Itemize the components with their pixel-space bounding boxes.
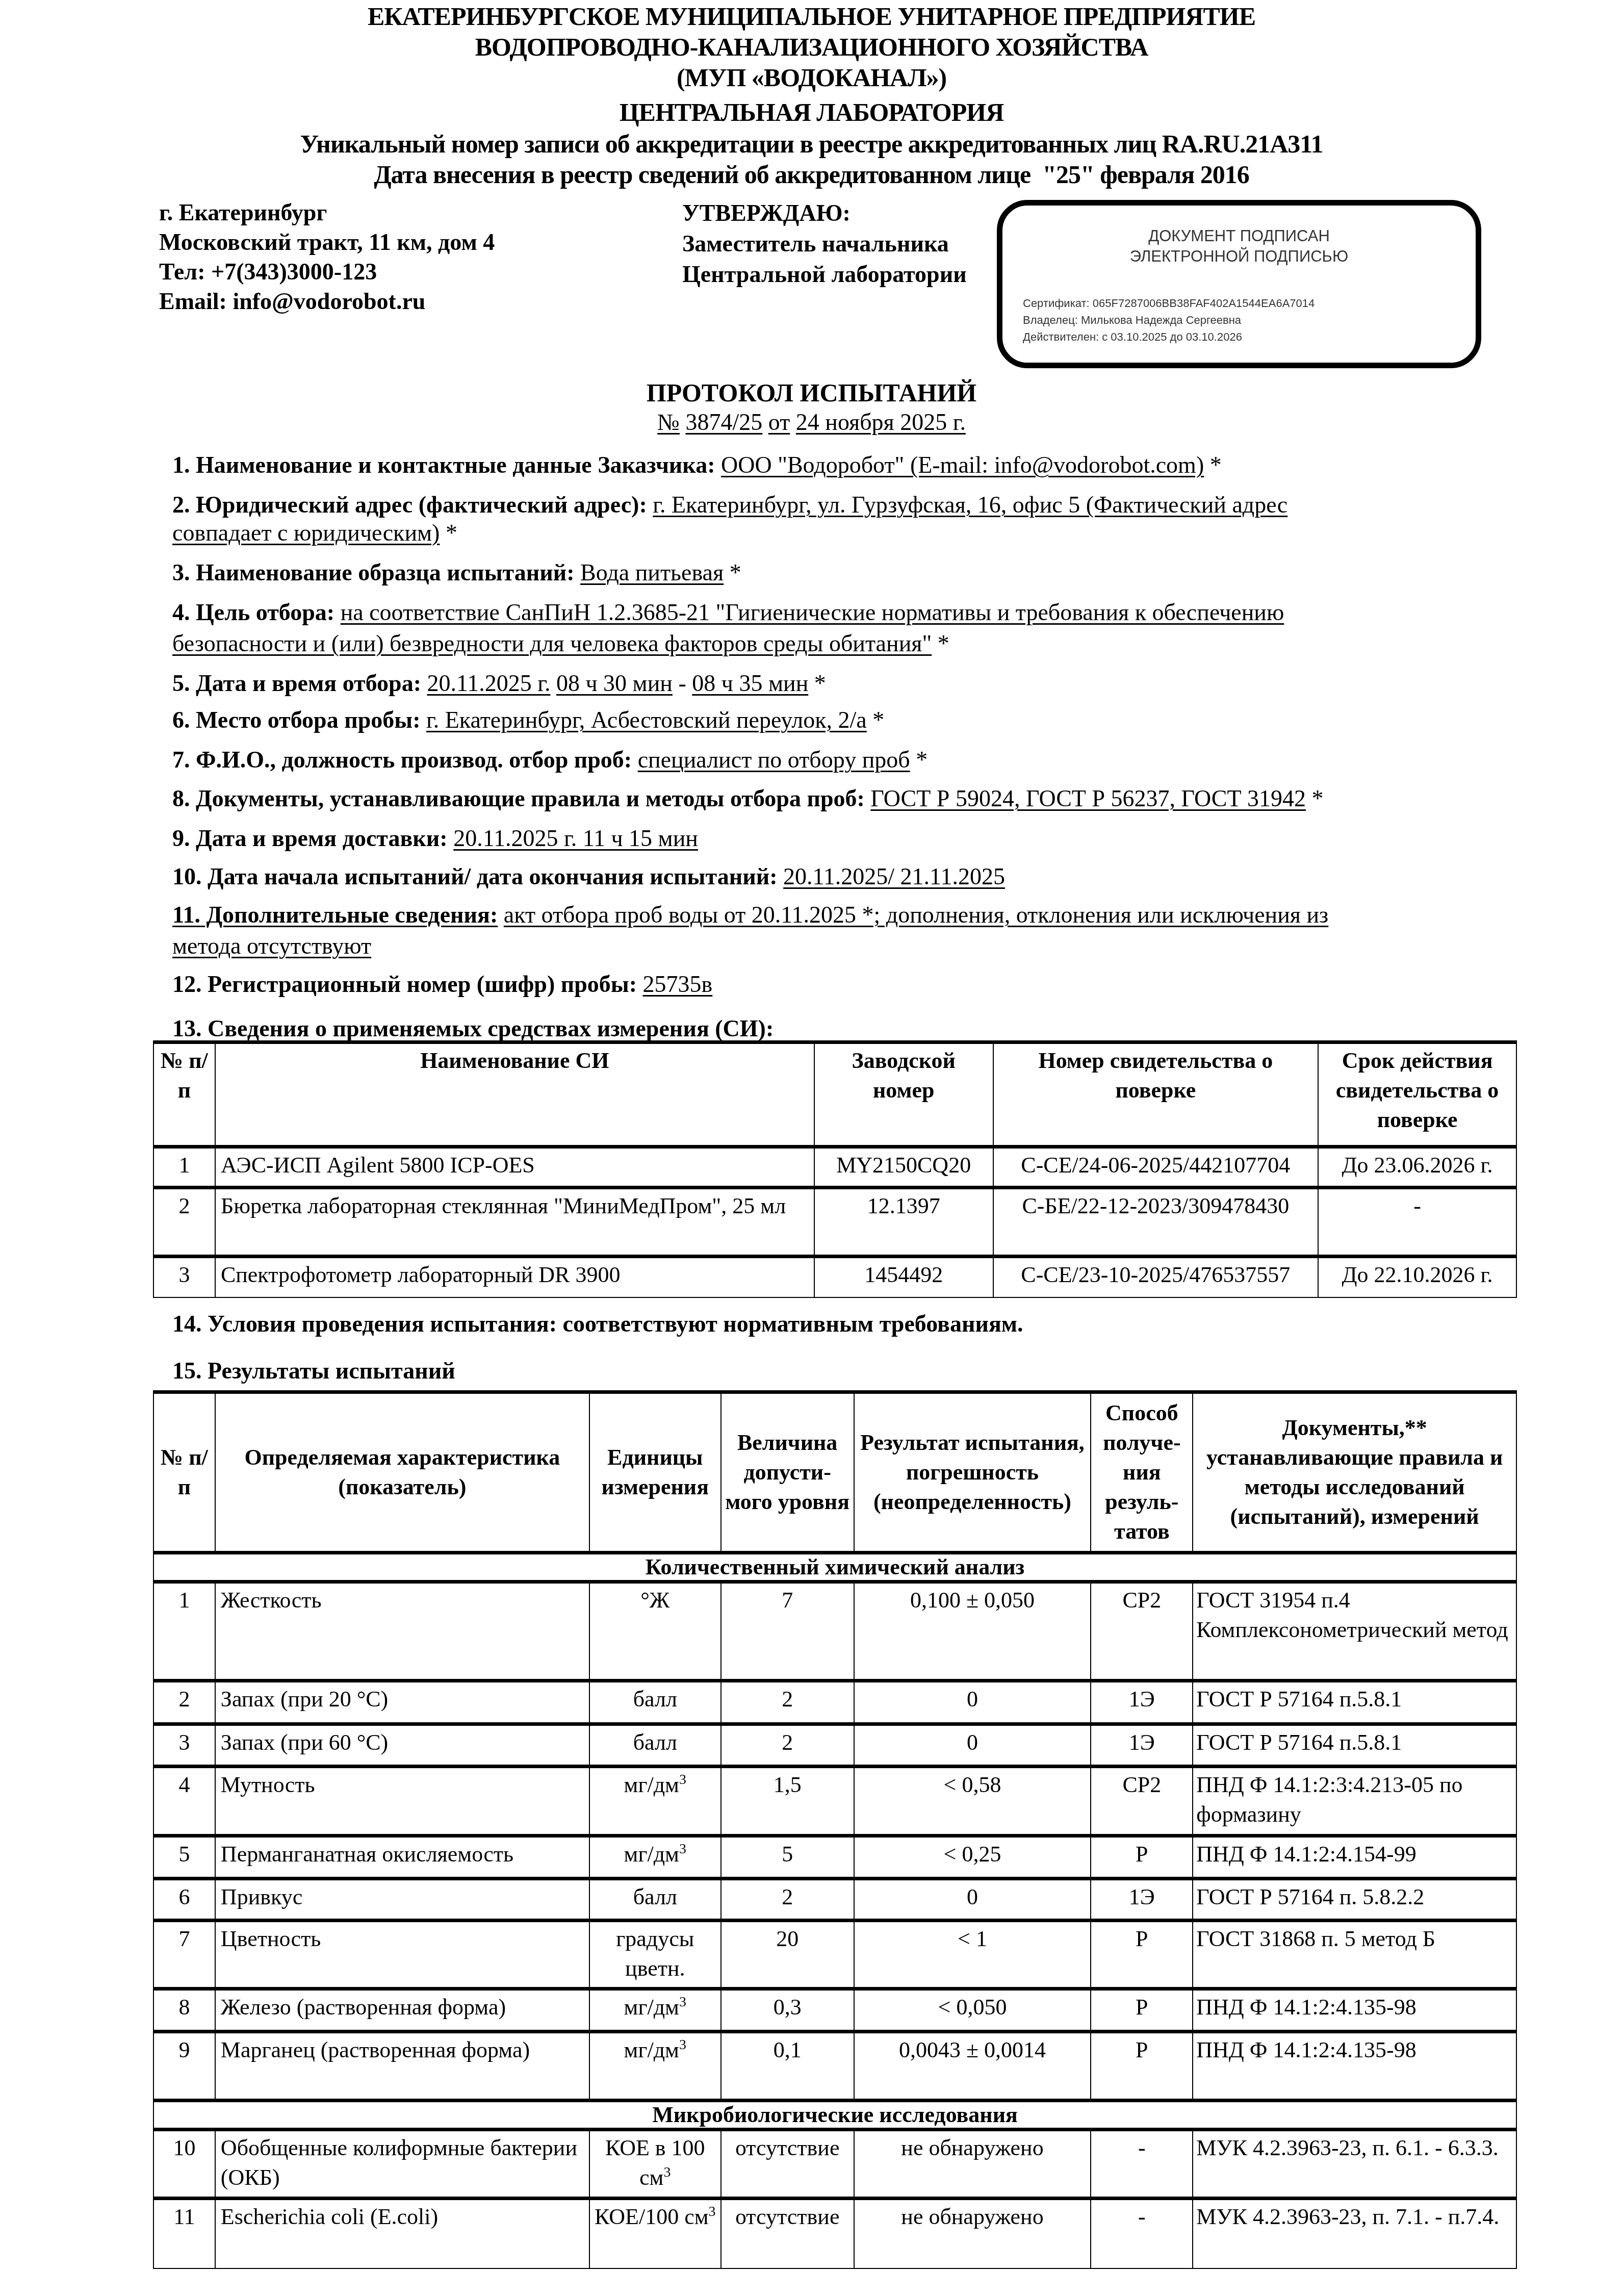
method-document: ПНД Ф 14.1:2:4.154-99 — [1193, 1836, 1516, 1879]
item-sampler: 7. Ф.И.О., должность производ. отбор про… — [172, 746, 1488, 774]
unit-text: КОЕ в 100 см — [605, 2135, 705, 2190]
characteristic: Цветность — [215, 1921, 589, 1989]
col-number: № п/п — [153, 1042, 215, 1147]
row-number: 11 — [153, 2199, 215, 2268]
org-short-name: (МУП «ВОДОКАНАЛ») — [0, 62, 1623, 93]
unit-text: мг/дм — [624, 1772, 679, 1797]
stamp-title-line-2: ЭЛЕКТРОННОЙ ПОДПИСЬЮ — [1002, 246, 1476, 267]
result-method: - — [1091, 2130, 1193, 2199]
unit-text: градусы цветн. — [616, 1926, 694, 1981]
section-title: Микробиологические исследования — [153, 2101, 1516, 2130]
item-instruments-heading: 13. Сведения о применяемых средствах изм… — [172, 1014, 1488, 1043]
result-method: СР2 — [1091, 1582, 1193, 1681]
permissible-level: 2 — [721, 1681, 854, 1724]
unit: °Ж — [589, 1582, 721, 1681]
method-document: ГОСТ Р 57164 п.5.8.1 — [1193, 1724, 1516, 1767]
sampling-time-end: 08 ч 35 мин — [692, 670, 808, 696]
additional-info-value: акт отбора проб воды от 20.11.2025 *; до… — [504, 902, 1328, 928]
sampling-place-value: г. Екатеринбург, Асбестовский переулок, … — [426, 707, 867, 733]
row-number: 1 — [153, 1582, 215, 1681]
item-sampling-place: 6. Место отбора пробы: г. Екатеринбург, … — [172, 706, 1488, 734]
test-dates-value: 20.11.2025/ 21.11.2025 — [783, 863, 1005, 889]
certificate-number: С-СЕ/23-10-2025/476537557 — [993, 1257, 1319, 1297]
protocol-title: ПРОТОКОЛ ИСПЫТАНИЙ — [0, 377, 1623, 408]
col-characteristic: Определяемая характеристика (показатель) — [215, 1392, 589, 1553]
col-documents: Документы,** устанавливающие правила и м… — [1193, 1392, 1516, 1553]
row-number: 3 — [153, 1724, 215, 1767]
col-number: № п/п — [153, 1392, 215, 1553]
sampler-value: специалист по отбору проб — [638, 747, 910, 773]
unit-superscript: 3 — [709, 2204, 716, 2220]
result-row: 7Цветностьградусы цветн.20< 1РГОСТ 31868… — [153, 1921, 1516, 1989]
row-number: 5 — [153, 1836, 215, 1879]
stamp-certificate: Сертификат: 065F7287006BB38FAF402A1544EA… — [1023, 295, 1315, 312]
method-document: ГОСТ Р 57164 п.5.8.1 — [1193, 1681, 1516, 1724]
test-result: 0 — [854, 1879, 1091, 1921]
sample-name-value: Вода питьевая — [580, 559, 724, 585]
characteristic: Перманганатная окисляемость — [215, 1836, 589, 1879]
result-method: 1Э — [1091, 1724, 1193, 1767]
approve-position-1: Заместитель начальника — [682, 228, 967, 259]
item-legal-address: 2. Юридический адрес (фактический адрес)… — [172, 491, 1488, 519]
certificate-number: С-БЕ/22-12-2023/309478430 — [993, 1188, 1319, 1257]
unit-superscript: 3 — [679, 1841, 686, 1857]
characteristic: Привкус — [215, 1879, 589, 1921]
method-document: МУК 4.2.3963-23, п. 7.1. - п.7.4. — [1193, 2199, 1516, 2268]
item-legal-address-cont: совпадает с юридическим) * — [172, 519, 1488, 547]
unit: мг/дм3 — [589, 1989, 721, 2032]
result-row: 10Обобщенные колиформные бактерии (ОКБ)К… — [153, 2130, 1516, 2199]
method-document: МУК 4.2.3963-23, п. 6.1. - 6.3.3. — [1193, 2130, 1516, 2199]
characteristic: Жесткость — [215, 1582, 589, 1681]
contact-city: г. Екатеринбург — [159, 198, 495, 227]
result-row: 6Привкусбалл201ЭГОСТ Р 57164 п. 5.8.2.2 — [153, 1879, 1516, 1921]
item-customer: 1. Наименование и контактные данные Зака… — [172, 451, 1488, 479]
stamp-owner: Владелец: Милькова Надежда Сергеевна — [1023, 312, 1315, 328]
row-number: 2 — [153, 1188, 215, 1257]
sampling-date: 20.11.2025 г. — [427, 670, 550, 696]
validity-date: До 22.10.2026 г. — [1318, 1257, 1516, 1297]
unit-superscript: 3 — [679, 2037, 686, 2053]
number-sign: № — [657, 409, 680, 435]
protocol-from: от — [768, 409, 790, 435]
test-result: < 0,58 — [854, 1767, 1091, 1836]
item-sampling-purpose: 4. Цель отбора: на соответствие СанПиН 1… — [172, 598, 1488, 627]
method-document: ПНД Ф 14.1:2:3:4.213-05 по формазину — [1193, 1767, 1516, 1836]
item-sample-name: 3. Наименование образца испытаний: Вода … — [172, 558, 1488, 587]
col-limit: Величина допусти-мого уровня — [721, 1392, 854, 1553]
result-method: Р — [1091, 1989, 1193, 2032]
customer-value: ООО "Водоробот" (E-mail: info@vodorobot.… — [721, 452, 1204, 478]
result-row: 4Мутностьмг/дм31,5< 0,58СР2ПНД Ф 14.1:2:… — [153, 1767, 1516, 1836]
row-number: 1 — [153, 1147, 215, 1188]
test-result: 0 — [854, 1724, 1091, 1767]
protocol-number-line: № 3874/25 от 24 ноября 2025 г. — [0, 408, 1623, 437]
characteristic: Мутность — [215, 1767, 589, 1836]
test-result: < 0,050 — [854, 1989, 1091, 2032]
item-sampling-purpose-cont: безопасности и (или) безвредности для че… — [172, 629, 1488, 658]
item-additional-info: 11. Дополнительные сведения: акт отбора … — [172, 901, 1488, 929]
unit: мг/дм3 — [589, 1836, 721, 1879]
characteristic: Железо (растворенная форма) — [215, 1989, 589, 2032]
accreditation-date: Дата внесения в реестр сведений об аккре… — [0, 159, 1623, 190]
unit: КОЕ в 100 см3 — [589, 2130, 721, 2199]
delivery-value: 20.11.2025 г. 11 ч 15 мин — [453, 825, 698, 851]
instruments-table: № п/п Наименование СИ Заводской номер Но… — [153, 1040, 1517, 1298]
permissible-level: 2 — [721, 1879, 854, 1921]
lab-contacts: г. Екатеринбург Московский тракт, 11 км,… — [159, 198, 495, 316]
instrument-row: 1АЭС-ИСП Agilent 5800 ICP-OESMY2150CQ20С… — [153, 1147, 1516, 1188]
validity-date: - — [1318, 1188, 1516, 1257]
result-method: СР2 — [1091, 1767, 1193, 1836]
result-row: 5Перманганатная окисляемостьмг/дм35< 0,2… — [153, 1836, 1516, 1879]
row-number: 8 — [153, 1989, 215, 2032]
item-delivery: 9. Дата и время доставки: 20.11.2025 г. … — [172, 824, 1488, 853]
unit-text: балл — [633, 1730, 677, 1755]
row-number: 7 — [153, 1921, 215, 1989]
section-header-row: Микробиологические исследования — [153, 2101, 1516, 2130]
sampling-purpose-value: на соответствие СанПиН 1.2.3685-21 "Гиги… — [341, 599, 1284, 625]
unit-text: мг/дм — [624, 1995, 679, 2020]
unit: балл — [589, 1724, 721, 1767]
unit: КОЕ/100 см3 — [589, 2199, 721, 2268]
sampling-time-start: 08 ч 30 мин — [556, 670, 673, 696]
col-units: Единицы измерения — [589, 1392, 721, 1553]
instrument-row: 3Спектрофотометр лабораторный DR 3900145… — [153, 1257, 1516, 1297]
characteristic: Escherichia coli (E.coli) — [215, 2199, 589, 2268]
sampling-docs-value: ГОСТ Р 59024, ГОСТ Р 56237, ГОСТ 31942 — [870, 785, 1306, 811]
unit: балл — [589, 1879, 721, 1921]
row-number: 3 — [153, 1257, 215, 1297]
contact-phone: Тел: +7(343)3000-123 — [159, 257, 495, 287]
method-document: ГОСТ Р 57164 п. 5.8.2.2 — [1193, 1879, 1516, 1921]
permissible-level: 7 — [721, 1582, 854, 1681]
test-result: 0 — [854, 1681, 1091, 1724]
legal-address-value: г. Екатеринбург, ул. Гурзуфская, 16, офи… — [653, 492, 1287, 518]
result-method: Р — [1091, 1836, 1193, 1879]
approve-position-2: Центральной лаборатории — [682, 259, 967, 290]
characteristic: Обобщенные колиформные бактерии (ОКБ) — [215, 2130, 589, 2199]
protocol-number: 3874/25 — [685, 409, 762, 435]
col-serial: Заводской номер — [814, 1042, 993, 1147]
lab-name: ЦЕНТРАЛЬНАЯ ЛАБОРАТОРИЯ — [0, 97, 1623, 127]
instrument-row: 2Бюретка лабораторная стеклянная "МиниМе… — [153, 1188, 1516, 1257]
approve-heading: УТВЕРЖДАЮ: — [682, 198, 967, 228]
unit-superscript: 3 — [663, 2164, 671, 2180]
org-name-line-2: ВОДОПРОВОДНО-КАНАЛИЗАЦИОННОГО ХОЗЯЙСТВА — [0, 32, 1623, 62]
results-table: № п/п Определяемая характеристика (показ… — [153, 1390, 1517, 2269]
method-document: ПНД Ф 14.1:2:4.135-98 — [1193, 2032, 1516, 2101]
permissible-level: отсутствие — [721, 2199, 854, 2268]
serial-number: MY2150CQ20 — [814, 1147, 993, 1188]
stamp-title-line-1: ДОКУМЕНТ ПОДПИСАН — [1002, 226, 1476, 246]
org-name-line-1: ЕКАТЕРИНБУРГСКОЕ МУНИЦИПАЛЬНОЕ УНИТАРНОЕ… — [0, 1, 1623, 32]
col-instrument-name: Наименование СИ — [215, 1042, 814, 1147]
result-row: 1Жесткость°Ж70,100 ± 0,050СР2ГОСТ 31954 … — [153, 1582, 1516, 1681]
method-document: ПНД Ф 14.1:2:4.135-98 — [1193, 1989, 1516, 2032]
unit-superscript: 3 — [679, 1994, 686, 2010]
validity-date: До 23.06.2026 г. — [1318, 1147, 1516, 1188]
test-result: < 1 — [854, 1921, 1091, 1989]
instrument-name: Бюретка лабораторная стеклянная "МиниМед… — [215, 1188, 814, 1257]
characteristic: Марганец (растворенная форма) — [215, 2032, 589, 2101]
result-row: 8Железо (растворенная форма)мг/дм30,3< 0… — [153, 1989, 1516, 2032]
unit-text: мг/дм — [624, 1842, 679, 1867]
item-test-dates: 10. Дата начала испытаний/ дата окончани… — [172, 862, 1488, 891]
method-document: ГОСТ 31868 п. 5 метод Б — [1193, 1921, 1516, 1989]
unit-text: балл — [633, 1884, 677, 1909]
item-sampling-docs: 8. Документы, устанавливающие правила и … — [172, 784, 1488, 813]
result-row: 2Запах (при 20 °С)балл201ЭГОСТ Р 57164 п… — [153, 1681, 1516, 1724]
instrument-name: Спектрофотометр лабораторный DR 3900 — [215, 1257, 814, 1297]
characteristic: Запах (при 60 °С) — [215, 1724, 589, 1767]
result-row: 9Марганец (растворенная форма)мг/дм30,10… — [153, 2032, 1516, 2101]
col-certificate: Номер свидетельства о поверке — [993, 1042, 1319, 1147]
contact-email: Email: info@vodorobot.ru — [159, 287, 495, 316]
row-number: 10 — [153, 2130, 215, 2199]
unit-text: мг/дм — [624, 2037, 679, 2062]
item-additional-info-cont: метода отсутствуют — [172, 932, 1488, 960]
permissible-level: 0,3 — [721, 1989, 854, 2032]
serial-number: 12.1397 — [814, 1188, 993, 1257]
result-method: 1Э — [1091, 1879, 1193, 1921]
result-row: 11Escherichia coli (E.coli)КОЕ/100 см3от… — [153, 2199, 1516, 2268]
permissible-level: 0,1 — [721, 2032, 854, 2101]
electronic-signature-stamp: ДОКУМЕНТ ПОДПИСАН ЭЛЕКТРОННОЙ ПОДПИСЬЮ С… — [997, 200, 1481, 368]
test-result: 0,100 ± 0,050 — [854, 1582, 1091, 1681]
protocol-date: 24 ноября 2025 г. — [796, 409, 966, 435]
unit-text: балл — [633, 1687, 677, 1712]
approval-block: УТВЕРЖДАЮ: Заместитель начальника Центра… — [682, 198, 967, 290]
item-results-heading: 15. Результаты испытаний — [172, 1357, 1488, 1385]
test-result: 0,0043 ± 0,0014 — [854, 2032, 1091, 2101]
characteristic: Запах (при 20 °С) — [215, 1681, 589, 1724]
unit-text: КОЕ/100 см — [595, 2204, 709, 2229]
certificate-number: С-СЕ/24-06-2025/442107704 — [993, 1147, 1319, 1188]
stamp-validity: Действителен: с 03.10.2025 до 03.10.2026 — [1023, 328, 1315, 345]
method-document: ГОСТ 31954 п.4 Комплексонометрический ме… — [1193, 1582, 1516, 1681]
unit: мг/дм3 — [589, 1767, 721, 1836]
result-method: Р — [1091, 1921, 1193, 1989]
col-result: Результат испытания, погрешность (неопре… — [854, 1392, 1091, 1553]
serial-number: 1454492 — [814, 1257, 993, 1297]
permissible-level: 2 — [721, 1724, 854, 1767]
row-number: 2 — [153, 1681, 215, 1724]
permissible-level: 1,5 — [721, 1767, 854, 1836]
unit-text: °Ж — [640, 1588, 669, 1613]
result-method: 1Э — [1091, 1681, 1193, 1724]
result-method: Р — [1091, 2032, 1193, 2101]
permissible-level: 20 — [721, 1921, 854, 1989]
test-result: не обнаружено — [854, 2130, 1091, 2199]
test-result: не обнаружено — [854, 2199, 1091, 2268]
item-registration-number: 12. Регистрационный номер (шифр) пробы: … — [172, 970, 1488, 999]
unit: балл — [589, 1681, 721, 1724]
permissible-level: 5 — [721, 1836, 854, 1879]
result-row: 3Запах (при 60 °С)балл201ЭГОСТ Р 57164 п… — [153, 1724, 1516, 1767]
section-title: Количественный химический анализ — [153, 1553, 1516, 1582]
section-header-row: Количественный химический анализ — [153, 1553, 1516, 1582]
instrument-name: АЭС-ИСП Agilent 5800 ICP-OES — [215, 1147, 814, 1188]
item-sampling-datetime: 5. Дата и время отбора: 20.11.2025 г. 08… — [172, 669, 1488, 698]
contact-address: Московский тракт, 11 км, дом 4 — [159, 227, 495, 257]
permissible-level: отсутствие — [721, 2130, 854, 2199]
test-result: < 0,25 — [854, 1836, 1091, 1879]
row-number: 9 — [153, 2032, 215, 2101]
unit: мг/дм3 — [589, 2032, 721, 2101]
accreditation-number: Уникальный номер записи об аккредитации … — [0, 129, 1623, 159]
row-number: 4 — [153, 1767, 215, 1836]
unit-superscript: 3 — [679, 1772, 686, 1788]
col-method: Способ получе-ния резуль-татов — [1091, 1392, 1193, 1553]
registration-number-value: 25735в — [643, 971, 713, 997]
unit: градусы цветн. — [589, 1921, 721, 1989]
result-method: - — [1091, 2199, 1193, 2268]
row-number: 6 — [153, 1879, 215, 1921]
col-validity: Срок действия свидетельства о поверке — [1318, 1042, 1516, 1147]
item-test-conditions: 14. Условия проведения испытания: соотве… — [172, 1310, 1488, 1338]
